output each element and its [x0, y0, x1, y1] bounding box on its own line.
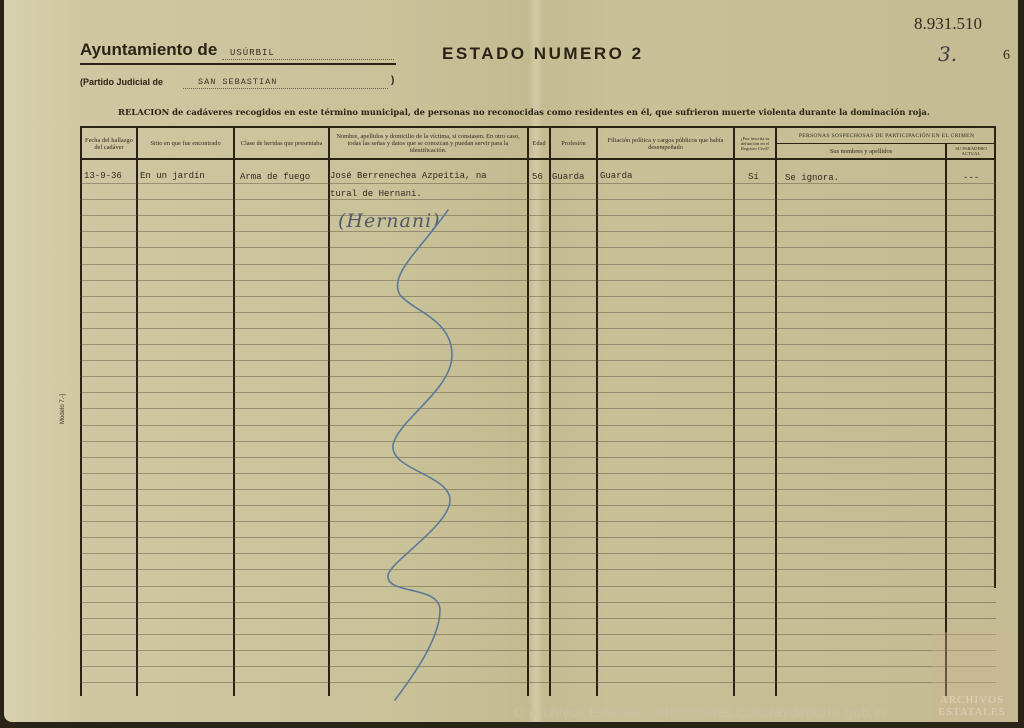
header-inscrita: ¿Fue inscrita su defunción en el Registr…	[736, 129, 774, 158]
ayuntamiento-dotted-line	[222, 59, 394, 60]
ruled-line	[80, 521, 996, 522]
handwritten-annotation: (Hernani)	[338, 210, 441, 232]
cell-nombre-line2: tural de Hernani.	[330, 189, 422, 199]
ruled-line	[80, 199, 996, 200]
logo-line1: ARCHIVOS	[940, 694, 1004, 706]
relacion-bold: RELACION	[118, 107, 169, 117]
cell-sospechosos: Se ignora.	[785, 173, 839, 183]
cell-sitio: En un jardín	[140, 171, 205, 181]
ruled-line	[80, 425, 996, 426]
table-header-bottom-border	[80, 158, 996, 160]
ruled-line	[80, 344, 996, 345]
cell-inscrita: Sí	[748, 172, 759, 182]
header-sitio: Sitio en que fue encontrado	[138, 129, 233, 158]
ruled-line	[80, 569, 996, 570]
ruled-line	[80, 457, 996, 458]
column-divider	[775, 126, 777, 696]
ruled-line	[80, 666, 996, 667]
ruled-line	[80, 280, 996, 281]
header-paradero: SU PARADERO ACTUAL	[947, 144, 995, 158]
ruled-line	[80, 489, 996, 490]
header-profesion: Profesión	[551, 129, 596, 158]
ruled-line	[80, 537, 996, 538]
ruled-line	[80, 586, 996, 587]
ruled-line	[80, 408, 996, 409]
ruled-line	[80, 231, 996, 232]
reference-number: 8.931.510	[914, 14, 982, 34]
cell-heridas: Arma de fuego	[240, 172, 310, 182]
ruled-line	[80, 505, 996, 506]
header-sospechosos: PERSONAS SOSPECHOSAS DE PARTICIPACIÓN EN…	[777, 129, 996, 143]
copyright-watermark: © Archivos Estatales, http://pares.cultu…	[512, 706, 888, 721]
column-divider	[328, 126, 330, 696]
partido-dotted-line	[183, 88, 388, 89]
logo-line2: ESTATALES	[938, 706, 1006, 718]
column-divider	[527, 126, 529, 696]
ruled-line	[80, 634, 996, 635]
ruled-line	[80, 650, 996, 651]
cell-fecha: 13-9-36	[84, 171, 122, 181]
ruled-line	[80, 473, 996, 474]
cell-edad: 56	[532, 172, 543, 182]
column-divider	[549, 126, 551, 696]
ayuntamiento-underline	[80, 63, 396, 65]
ruled-line	[80, 312, 996, 313]
archive-logo: ARCHIVOS ESTATALES	[932, 632, 1012, 722]
column-divider	[945, 143, 947, 696]
column-divider	[733, 126, 735, 696]
ruled-line	[80, 183, 996, 184]
column-divider	[136, 126, 138, 696]
relacion-text: de cadáveres recogidos en este término m…	[169, 107, 929, 117]
partido-value: SAN SEBASTIAN	[198, 77, 277, 87]
header-edad: Edad	[529, 129, 549, 158]
column-divider	[80, 126, 82, 696]
ruled-line	[80, 328, 996, 329]
cell-nombre-line1: José Berrenechea Azpeitia, na	[330, 171, 487, 181]
ruled-line	[80, 360, 996, 361]
handwritten-number: 3.	[938, 42, 957, 66]
modelo-label: Modelo 7.-]	[60, 394, 66, 424]
partido-close-paren: )	[391, 75, 394, 86]
ruled-line	[80, 215, 996, 216]
page-number: 6	[1003, 48, 1010, 64]
cell-paradero: ---	[963, 173, 979, 183]
header-fecha: Fecha del hallazgo del cadáver	[82, 129, 136, 158]
document-title: ESTADO NUMERO 2	[442, 44, 644, 64]
ayuntamiento-value: USÚRBIL	[230, 48, 275, 58]
header-nombres-sospechosos: Sus nombres y apellidos	[777, 144, 945, 158]
ruled-line	[80, 264, 996, 265]
ruled-line	[80, 682, 996, 683]
column-divider	[994, 126, 996, 588]
header-heridas: Clase de heridas que presentaba	[235, 129, 328, 158]
relacion-heading: RELACION de cadáveres recogidos en este …	[118, 107, 930, 117]
column-divider	[596, 126, 598, 696]
cell-profesion: Guarda	[552, 172, 584, 182]
ruled-line	[80, 553, 996, 554]
column-divider	[233, 126, 235, 696]
ayuntamiento-label: Ayuntamiento de	[80, 40, 217, 60]
ruled-line	[80, 618, 996, 619]
ruled-line	[80, 392, 996, 393]
ruled-line	[80, 602, 996, 603]
partido-label: (Partido Judicial de	[80, 77, 163, 87]
ruled-line	[80, 376, 996, 377]
ruled-line	[80, 441, 996, 442]
header-nombre: Nombre, apellidos y domicilio de la víct…	[332, 129, 524, 158]
ruled-line	[80, 247, 996, 248]
cell-filiacion: Guarda	[600, 171, 632, 181]
table-top-border	[80, 126, 996, 128]
header-filiacion: Filiación política y cargos públicos que…	[598, 129, 733, 158]
records-table: Fecha del hallazgo del cadáver Sitio en …	[80, 126, 996, 696]
ruled-line	[80, 296, 996, 297]
